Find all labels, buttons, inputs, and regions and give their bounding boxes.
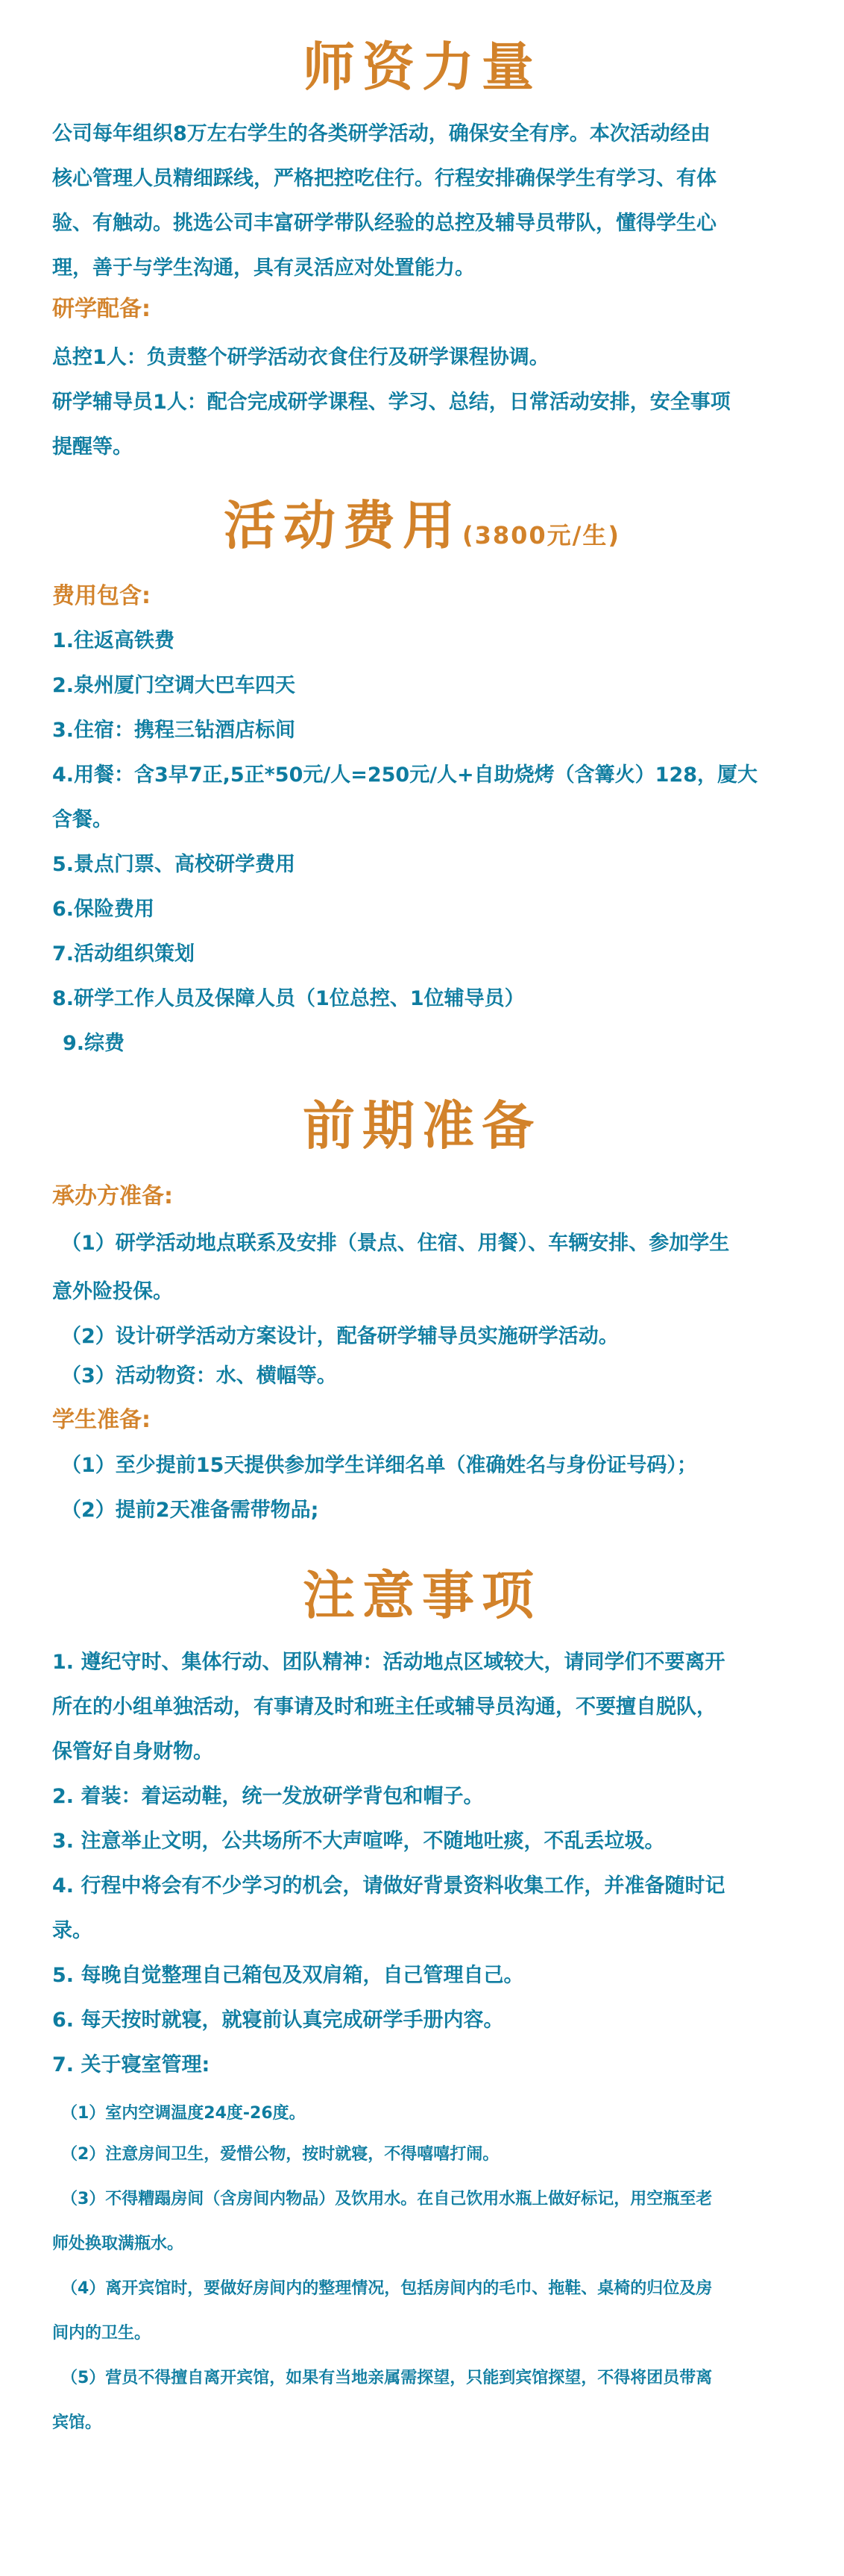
note-line: 2. 着装：着运动鞋，统一发放研学背包和帽子。: [52, 1782, 813, 1812]
note-line: 6. 每天按时就寝，就寝前认真完成研学手册内容。: [52, 2006, 813, 2035]
dorm-rule-line: （5）营员不得擅自离开宾馆，如果有当地亲属需探望，只能到宾馆探望，不得将团员带离: [61, 2364, 822, 2393]
fee-item: 8.研学工作人员及保障人员（1位总控、1位辅导员）: [52, 984, 813, 1014]
organizer-line: （1）研学活动地点联系及安排（景点、住宿、用餐）、车辆安排、参加学生: [61, 1229, 822, 1259]
note-line: 5. 每晚自觉整理自己箱包及双肩箱，自己管理自己。: [52, 1961, 813, 1991]
dorm-rule-line: （1）室内空调温度24度-26度。: [61, 2099, 822, 2129]
faculty-paragraph-line: 公司每年组织8万左右学生的各类研学活动，确保安全有序。本次活动经由: [52, 119, 813, 149]
fee-item: 1.往返高铁费: [52, 626, 813, 656]
dorm-rule-line: （3）不得糟蹋房间（含房间内物品）及饮用水。在自己饮用水瓶上做好标记，用空瓶至老: [61, 2185, 822, 2214]
fee-item: 4.用餐：含3早7正,5正*50元/人=250元/人+自助烧烤（含篝火）128，…: [52, 760, 813, 790]
student-line: （1）至少提前15天提供参加学生详细名单（准确姓名与身份证号码）；: [61, 1451, 822, 1481]
note-line: 所在的小组单独活动，有事请及时和班主任或辅导员沟通，不要擅自脱队，: [52, 1692, 813, 1722]
note-line: 1. 遵纪守时、集体行动、团队精神：活动地点区域较大，请同学们不要离开: [52, 1648, 813, 1678]
faculty-paragraph-line: 核心管理人员精细踩线，严格把控吃住行。行程安排确保学生有学习、有体: [52, 164, 813, 194]
staffing-line: 提醒等。: [52, 432, 813, 462]
fees-includes-heading: 费用包含:: [52, 582, 151, 611]
fee-item: 9.综费: [63, 1029, 823, 1059]
student-heading: 学生准备:: [52, 1405, 151, 1435]
dorm-rule-line: （2）注意房间卫生，爱惜公物，按时就寝，不得嘻嘻打闹。: [61, 2140, 822, 2170]
fee-item: 7.活动组织策划: [52, 939, 813, 969]
note-line: 3. 注意举止文明，公共场所不大声喧哗，不随地吐痰，不乱丢垃圾。: [52, 1827, 813, 1857]
student-line: （2）提前2天准备需带物品;: [61, 1496, 822, 1525]
fees-price: (3800元/生): [462, 521, 620, 549]
section-title-faculty: 师资力量: [0, 37, 844, 97]
organizer-line: （3）活动物资：水、横幅等。: [61, 1361, 822, 1391]
organizer-line: 意外险投保。: [52, 1277, 813, 1307]
dorm-rule-line: 宾馆。: [52, 2408, 813, 2438]
faculty-paragraph-line: 验、有触动。挑选公司丰富研学带队经验的总控及辅导员带队，懂得学生心: [52, 209, 813, 239]
dorm-rule-line: （4）离开宾馆时，要做好房间内的整理情况，包括房间内的毛巾、拖鞋、桌椅的归位及房: [61, 2274, 822, 2304]
fee-item: 含餐。: [52, 805, 813, 835]
note-line: 保管好自身财物。: [52, 1737, 813, 1767]
staffing-line: 总控1人：负责整个研学活动衣食住行及研学课程协调。: [52, 343, 813, 373]
note-line: 4. 行程中将会有不少学习的机会，请做好背景资料收集工作，并准备随时记: [52, 1871, 813, 1901]
fee-item: 5.景点门票、高校研学费用: [52, 850, 813, 880]
fees-title-text: 活动费用: [224, 495, 462, 556]
fee-item: 6.保险费用: [52, 895, 813, 925]
staffing-line: 研学辅导员1人：配合完成研学课程、学习、总结，日常活动安排，安全事项: [52, 388, 813, 418]
section-title-notes: 注意事项: [0, 1566, 844, 1625]
fee-item: 3.住宿：携程三钻酒店标间: [52, 716, 813, 746]
fee-item: 2.泉州厦门空调大巴车四天: [52, 671, 813, 701]
document-page: 师资力量 公司每年组织8万左右学生的各类研学活动，确保安全有序。本次活动经由 核…: [0, 0, 844, 2576]
note-line: 7. 关于寝室管理:: [52, 2050, 813, 2080]
organizer-line: （2）设计研学活动方案设计，配备研学辅导员实施研学活动。: [61, 1322, 822, 1352]
organizer-heading: 承办方准备:: [52, 1182, 173, 1212]
note-line: 录。: [52, 1916, 813, 1946]
dorm-rule-line: 间内的卫生。: [52, 2319, 813, 2349]
faculty-paragraph-line: 理，善于与学生沟通，具有灵活应对处置能力。: [52, 253, 813, 283]
section-title-fees: 活动费用(3800元/生): [0, 496, 844, 565]
staffing-heading: 研学配备:: [52, 295, 151, 324]
dorm-rule-line: 师处换取满瓶水。: [52, 2229, 813, 2259]
section-title-preparation: 前期准备: [0, 1096, 844, 1156]
